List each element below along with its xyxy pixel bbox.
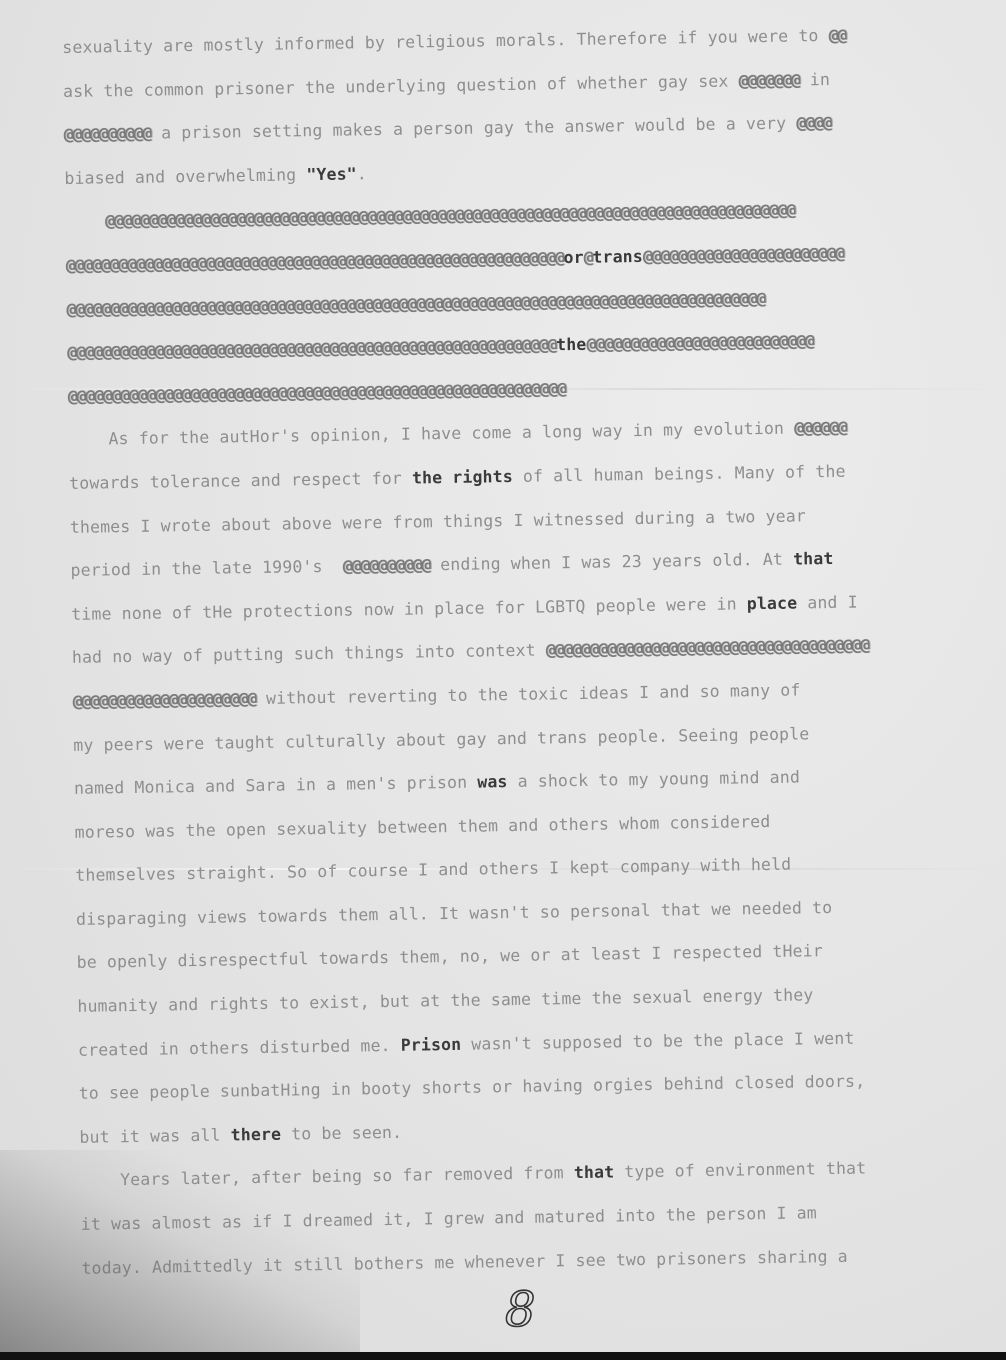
text-run: it was almost as if I dreamed it, I grew… [81, 1203, 817, 1234]
text-run: . [357, 164, 367, 183]
redaction-strikeover: @@@@ [796, 113, 831, 133]
redacted-paragraph: @@@@@@@@@@@@@@@@@@@@@@@@@@@@@@@@@@@@@@@@… [65, 187, 948, 419]
overtyped-word: place [747, 593, 798, 613]
overtyped-word: "Yes" [306, 164, 357, 184]
text-run: today. Admittedly it still bothers me wh… [81, 1246, 848, 1277]
text-run: towards tolerance and respect for [69, 468, 412, 492]
overtyped-word: the rights [412, 467, 513, 488]
text-run: without reverting to the toxic ideas I a… [256, 680, 801, 708]
overtyped-word: trans [592, 247, 643, 267]
redaction-strikeover: @@@@@@@@@@@@@@@@@@@@@@@@@@ [586, 331, 813, 354]
redaction-strikeover: @@@@@@@@@@@@@@@@@@@@@@@@@@@@@@@@@@@@@ [546, 636, 869, 660]
overtyped-word: there [231, 1125, 282, 1145]
overtyped-word: or [563, 248, 583, 267]
text-run: biased and overwhelming [64, 165, 306, 188]
text-run: a prison setting makes a person gay the … [151, 114, 797, 143]
overtyped-word: Prison [401, 1035, 462, 1055]
redaction-strikeover: @@@@@@@@@@@@@@@@@@@@@@@ [643, 244, 844, 266]
paragraph: sexuality are mostly informed by religio… [62, 12, 945, 200]
redaction-strikeover: @@@@@@@@@@@@@@@@@@@@@@@@@@@@@@@@@@@@@@@@… [67, 335, 556, 362]
text-run: in [800, 70, 831, 89]
text-run: created in others disturbed me. [78, 1035, 401, 1059]
text-run: period in the late 1990's [70, 557, 343, 580]
text-run: a shock to my young mind and [507, 768, 800, 792]
text-run: my peers were taught culturally about ga… [73, 724, 809, 755]
overtyped-word: was [477, 772, 508, 791]
text-run: sexuality are mostly informed by religio… [62, 26, 829, 57]
overtyped-word: the [556, 335, 587, 354]
redaction-strikeover: @@@@@@@@@@ [64, 124, 152, 144]
text-run: of all human beings. Many of the [513, 462, 846, 486]
paper-page: sexuality are mostly informed by religio… [0, 0, 1006, 1352]
redaction-strikeover: @@@@@@@@@@@@@@@@@@@@@ [72, 689, 256, 711]
overtyped-word: that [574, 1163, 615, 1183]
paragraph: As for the autHor's opinion, I have come… [68, 404, 960, 1159]
text-run: themselves straight. So of course I and … [75, 855, 791, 885]
redaction-strikeover: @@ [828, 26, 846, 45]
text-run: humanity and rights to exist, but at the… [77, 985, 813, 1016]
redaction-strikeover: @@@@@@@@@@@@@@@@@@@@@@@@@@@@@@@@@@@@@@@@… [66, 248, 564, 275]
typewritten-body: sexuality are mostly informed by religio… [62, 12, 962, 1290]
redaction-strikeover: @@@@@@@@@@@@@@@@@@@@@@@@@@@@@@@@@@@@@@@@… [68, 379, 566, 406]
text-run: ending when I was 23 years old. At [430, 550, 793, 575]
text-run: be openly disrespectful towards them, no… [77, 942, 823, 973]
text-run: ask the common prisoner the underlying q… [63, 71, 739, 101]
redaction-strikeover: @@@@@@@@@@@@@@@@@@@@@@@@@@@@@@@@@@@@@@@@… [105, 201, 795, 231]
text-run: to be seen. [281, 1123, 402, 1144]
text-run: moreso was the open sexuality between th… [75, 812, 771, 842]
handwritten-page-number: 8 [505, 1286, 536, 1334]
redaction-strikeover: @@@@@@@ [738, 70, 799, 90]
text-run: but it was all [79, 1125, 231, 1146]
text-run: wasn't supposed to be the place I went [461, 1028, 855, 1053]
paragraph: Years later, after being so far removed … [80, 1145, 962, 1290]
text-run: As for the autHor's opinion, I have come… [108, 419, 794, 449]
text-run: type of environment that [614, 1159, 866, 1182]
redaction-strikeover: @ [584, 248, 593, 267]
redaction-strikeover: @@@@@@ [794, 418, 847, 438]
overtyped-word: that [793, 549, 834, 569]
text-run: to see people sunbatHing in booty shorts… [79, 1072, 866, 1103]
text-run: had no way of putting such things into c… [72, 641, 546, 667]
text-run: disparaging views towards them all. It w… [76, 898, 833, 929]
text-run: time none of tHe protections now in plac… [71, 594, 747, 624]
redaction-strikeover: @@@@@@@@@@@@@@@@@@@@@@@@@@@@@@@@@@@@@@@@… [66, 289, 765, 319]
text-run: named Monica and Sara in a men's prison [74, 773, 478, 798]
text-run: Years later, after being so far removed … [120, 1164, 574, 1190]
text-run: themes I wrote about above were from thi… [70, 506, 806, 537]
photo-border [0, 1352, 1006, 1360]
text-run: and I [797, 592, 858, 612]
redaction-strikeover: @@@@@@@@@@ [343, 555, 431, 575]
